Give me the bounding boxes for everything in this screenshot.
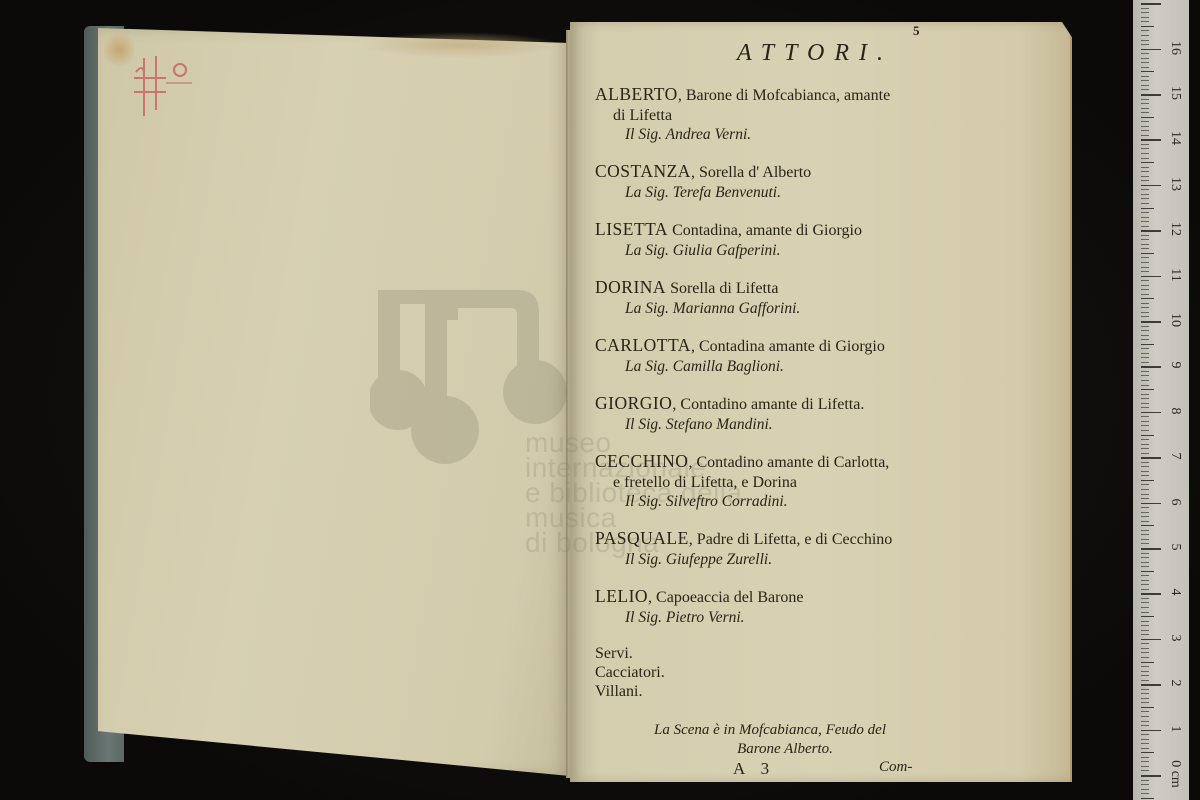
ruler-tick	[1141, 539, 1149, 540]
ruler-tick	[1141, 780, 1149, 781]
ruler-tick	[1141, 521, 1149, 522]
extra-item: Cacciatori.	[595, 663, 1035, 682]
ruler-tick	[1141, 117, 1154, 118]
catchword: Com-	[879, 759, 912, 776]
ruler-label: 16	[1167, 38, 1183, 58]
ruler-tick	[1141, 158, 1149, 159]
ruler-tick	[1141, 112, 1149, 113]
ruler-tick	[1141, 185, 1161, 187]
ruler-tick	[1141, 557, 1149, 558]
ruler-tick	[1141, 612, 1149, 613]
ruler-tick	[1141, 634, 1149, 635]
ruler-tick	[1141, 448, 1149, 449]
ruler-tick	[1141, 375, 1149, 376]
performer-name: Il Sig. Andrea Verni.	[595, 125, 1035, 144]
ruler-tick	[1141, 734, 1149, 735]
ruler-tick	[1141, 684, 1161, 686]
ruler-tick	[1141, 593, 1161, 595]
role-entry: COSTANZA, Sorella d' Alberto La Sig. Ter…	[595, 161, 1035, 202]
ruler-tick	[1141, 770, 1149, 771]
ruler-tick	[1141, 244, 1149, 245]
ruler-tick	[1141, 721, 1149, 722]
ruler-tick	[1141, 144, 1149, 145]
ruler-label: 11	[1167, 265, 1183, 285]
ruler-tick	[1141, 326, 1149, 327]
ruler-tick	[1141, 330, 1149, 331]
page-title: ATTORI.	[595, 40, 1035, 67]
ruler-tick	[1141, 793, 1149, 794]
ruler-tick	[1141, 385, 1149, 386]
ruler-label: 7	[1167, 446, 1183, 466]
ruler-tick	[1141, 230, 1161, 232]
ruler-tick	[1141, 752, 1154, 753]
performer-name: Il Sig. Stefano Mandini.	[595, 415, 1035, 434]
ruler-tick	[1141, 602, 1149, 603]
ruler-tick	[1141, 748, 1149, 749]
ruler-tick	[1141, 789, 1149, 790]
role-description: , Sorella d' Alberto	[691, 164, 811, 181]
role-description-cont: e fretello di Lifetta, e Dorina	[595, 473, 1035, 492]
ruler-tick	[1141, 262, 1149, 263]
ruler-tick	[1141, 49, 1161, 51]
ruler-tick	[1141, 239, 1149, 240]
role-description: , Contadino amante di Lifetta.	[672, 396, 864, 413]
ruler-tick	[1141, 248, 1149, 249]
ruler-tick	[1141, 739, 1149, 740]
ruler-label: 15	[1167, 83, 1183, 103]
signature-mark: A 3	[733, 759, 775, 779]
ruler-tick	[1141, 76, 1149, 77]
ruler-tick	[1141, 412, 1161, 414]
ruler-tick	[1141, 671, 1149, 672]
ruler-label: 6	[1167, 492, 1183, 512]
ruler-tick	[1141, 484, 1149, 485]
role-description: Sorella di Lifetta	[666, 280, 778, 297]
ruler-tick	[1141, 135, 1149, 136]
scene-setting: La Scena è in Mofcabianca, Feudo del Bar…	[595, 721, 1035, 759]
ruler-tick	[1141, 643, 1149, 644]
ruler-tick	[1141, 702, 1149, 703]
extra-item: Servi.	[595, 644, 1035, 663]
ruler-tick	[1141, 35, 1149, 36]
role-description: , Barone di Mofcabianca, amante	[678, 87, 890, 104]
ruler-tick	[1141, 312, 1149, 313]
ruler-tick	[1141, 421, 1149, 422]
ruler-tick	[1141, 589, 1149, 590]
role-description: , Contadino amante di Carlotta,	[688, 454, 889, 471]
ruler-tick	[1141, 162, 1154, 163]
role-name: DORINA	[595, 277, 666, 297]
ruler-tick	[1141, 639, 1161, 641]
performer-name: Il Sig. Pietro Verni.	[595, 608, 1035, 627]
ruler-tick	[1141, 775, 1161, 777]
ruler-tick	[1141, 398, 1149, 399]
ruler-tick	[1141, 766, 1149, 767]
ruler-tick	[1141, 103, 1149, 104]
ruler-tick	[1141, 394, 1149, 395]
ruler-tick	[1141, 67, 1149, 68]
ruler-tick	[1141, 40, 1149, 41]
ruler-tick	[1141, 217, 1149, 218]
ruler-tick	[1141, 562, 1149, 563]
ruler-tick	[1141, 44, 1149, 45]
ruler-label: 4	[1167, 582, 1183, 602]
ruler-label: 8	[1167, 401, 1183, 421]
performer-name: La Sig. Terefa Benvenuti.	[595, 183, 1035, 202]
ruler-tick	[1141, 276, 1161, 278]
ruler-tick	[1141, 784, 1149, 785]
ruler-label: 2	[1167, 673, 1183, 693]
role-entry: LISETTA Contadina, amante di Giorgio La …	[595, 219, 1035, 260]
folio-number: 5	[913, 23, 920, 39]
ruler-tick	[1141, 475, 1149, 476]
ruler-tick	[1141, 566, 1149, 567]
ruler-tick	[1141, 221, 1149, 222]
ruler-label: 0 cm	[1167, 754, 1183, 794]
role-description: Contadina, amante di Giorgio	[668, 222, 862, 239]
shelfmark-stamp	[130, 50, 200, 120]
ruler-tick	[1141, 680, 1149, 681]
ruler-tick	[1141, 798, 1154, 799]
ruler-tick	[1141, 480, 1154, 481]
ruler-tick	[1141, 648, 1149, 649]
performer-name: La Sig. Giulia Gafperini.	[595, 241, 1035, 260]
ruler-tick	[1141, 389, 1154, 390]
ruler-tick	[1141, 357, 1149, 358]
cast-list: ATTORI. ALBERTO, Barone di Mofcabianca, …	[595, 40, 1035, 781]
ruler-tick	[1141, 30, 1149, 31]
ruler-tick	[1141, 716, 1149, 717]
ruler-tick	[1141, 176, 1149, 177]
ruler-tick	[1141, 348, 1149, 349]
ruler-tick	[1141, 548, 1161, 550]
ruler-tick	[1141, 94, 1161, 96]
ruler-tick	[1141, 689, 1149, 690]
ruler-label: 12	[1167, 219, 1183, 239]
ruler-tick	[1141, 362, 1149, 363]
ruler-tick	[1141, 625, 1149, 626]
performer-name: Il Sig. Giufeppe Zurelli.	[595, 550, 1035, 569]
ruler-tick	[1141, 130, 1149, 131]
ruler-label: 1	[1167, 719, 1183, 739]
ruler-tick	[1141, 307, 1149, 308]
role-description: , Padre di Lifetta, e di Cecchino	[689, 531, 892, 548]
ruler-tick	[1141, 257, 1149, 258]
ruler-tick	[1141, 53, 1149, 54]
foxing-stain	[360, 32, 560, 58]
ruler-tick	[1141, 21, 1149, 22]
ruler-tick	[1141, 503, 1161, 505]
ruler-tick	[1141, 198, 1149, 199]
ruler-tick	[1141, 516, 1149, 517]
ruler-tick	[1141, 571, 1154, 572]
ruler-tick	[1141, 212, 1149, 213]
ruler-tick	[1141, 366, 1161, 368]
ruler-tick	[1141, 530, 1149, 531]
role-entry: PASQUALE, Padre di Lifetta, e di Cecchin…	[595, 528, 1035, 569]
ruler-tick	[1141, 425, 1149, 426]
ruler-tick	[1141, 575, 1149, 576]
ruler-tick	[1141, 12, 1149, 13]
ruler-tick	[1141, 17, 1149, 18]
ruler-tick	[1141, 289, 1149, 290]
role-entry: CECCHINO, Contadino amante di Carlotta, …	[595, 451, 1035, 511]
ruler-tick	[1141, 108, 1149, 109]
ruler-tick	[1141, 598, 1149, 599]
ruler-tick	[1141, 321, 1161, 323]
ruler-tick	[1141, 616, 1154, 617]
ruler-tick	[1141, 584, 1149, 585]
role-name: ALBERTO	[595, 84, 678, 104]
ruler-label: 13	[1167, 174, 1183, 194]
ruler-tick	[1141, 3, 1161, 5]
ruler-tick	[1141, 652, 1149, 653]
ruler-tick	[1141, 534, 1149, 535]
ruler-tick	[1141, 99, 1149, 100]
role-name: LISETTA	[595, 219, 668, 239]
ruler-tick	[1141, 403, 1149, 404]
ruler-tick	[1141, 253, 1154, 254]
ruler-label: 14	[1167, 128, 1183, 148]
ruler-tick	[1141, 444, 1149, 445]
ruler-tick	[1141, 512, 1149, 513]
ruler-tick	[1141, 489, 1149, 490]
ruler-tick	[1141, 271, 1149, 272]
ruler-tick	[1141, 89, 1149, 90]
ruler-tick	[1141, 730, 1161, 732]
ruler-tick	[1141, 757, 1149, 758]
ruler-tick	[1141, 8, 1149, 9]
scene-line: La Scena è in Mofcabianca, Feudo del	[595, 721, 945, 740]
ruler-tick	[1141, 553, 1149, 554]
ruler-tick	[1141, 285, 1149, 286]
ruler-tick	[1141, 743, 1149, 744]
ruler-tick	[1141, 675, 1149, 676]
ruler-tick	[1141, 167, 1149, 168]
role-name: GIORGIO	[595, 393, 672, 413]
ruler-tick	[1141, 630, 1149, 631]
ruler-tick	[1141, 607, 1149, 608]
ruler-tick	[1141, 344, 1154, 345]
supernumeraries-list: Servi. Cacciatori. Villani.	[595, 644, 1035, 701]
shelfmark-glyph-icon	[130, 50, 200, 120]
ruler-tick	[1141, 711, 1149, 712]
ruler-tick	[1141, 662, 1154, 663]
ruler-tick	[1141, 194, 1149, 195]
ruler-tick	[1141, 280, 1149, 281]
role-entry: GIORGIO, Contadino amante di Lifetta. Il…	[595, 393, 1035, 434]
ruler-tick	[1141, 80, 1149, 81]
ruler-tick	[1141, 126, 1149, 127]
ruler-label: 3	[1167, 628, 1183, 648]
ruler-tick	[1141, 761, 1149, 762]
ruler-label: 5	[1167, 537, 1183, 557]
ruler-tick	[1141, 698, 1149, 699]
ruler-tick	[1141, 462, 1149, 463]
ruler-tick	[1141, 621, 1149, 622]
ruler-tick	[1141, 121, 1149, 122]
ruler-tick	[1141, 725, 1149, 726]
performer-name: La Sig. Camilla Baglioni.	[595, 357, 1035, 376]
ruler-tick	[1141, 430, 1149, 431]
role-name: CECCHINO	[595, 451, 688, 471]
extra-item: Villani.	[595, 682, 1035, 701]
performer-name: Il Sig. Silveftro Corradini.	[595, 492, 1035, 511]
ruler-tick	[1141, 267, 1149, 268]
ruler-tick	[1141, 416, 1149, 417]
ruler-tick	[1141, 525, 1154, 526]
ruler-tick	[1141, 171, 1149, 172]
ruler-label: 10	[1167, 310, 1183, 330]
ruler-tick	[1141, 543, 1149, 544]
ruler-tick	[1141, 139, 1161, 141]
ruler-tick	[1141, 58, 1149, 59]
ruler-tick	[1141, 226, 1149, 227]
measurement-ruler: 0 cm12345678910111213141516	[1133, 0, 1189, 800]
ruler-tick	[1141, 298, 1154, 299]
ruler-tick	[1141, 580, 1149, 581]
performer-name: La Sig. Marianna Gafforini.	[595, 299, 1035, 318]
ruler-tick	[1141, 189, 1149, 190]
ruler-tick	[1141, 657, 1149, 658]
role-name: PASQUALE	[595, 528, 689, 548]
ruler-tick	[1141, 371, 1149, 372]
scene-line: Barone Alberto.	[595, 740, 945, 759]
ruler-tick	[1141, 666, 1149, 667]
page-footer: A 3 Com-	[595, 759, 1035, 781]
ruler-tick	[1141, 435, 1154, 436]
ruler-tick	[1141, 62, 1149, 63]
ruler-tick	[1141, 153, 1149, 154]
ruler-label: 9	[1167, 355, 1183, 375]
ruler-tick	[1141, 85, 1149, 86]
ruler-tick	[1141, 148, 1149, 149]
ruler-tick	[1141, 203, 1149, 204]
role-entry: CARLOTTA, Contadina amante di Giorgio La…	[595, 335, 1035, 376]
ruler-tick	[1141, 303, 1149, 304]
ruler-tick	[1141, 439, 1149, 440]
ruler-tick	[1141, 407, 1149, 408]
role-entry: DORINA Sorella di Lifetta La Sig. Marian…	[595, 277, 1035, 318]
role-name: LELIO	[595, 586, 648, 606]
role-name: COSTANZA	[595, 161, 691, 181]
ruler-tick	[1141, 457, 1161, 459]
role-name: CARLOTTA	[595, 335, 691, 355]
ruler-tick	[1141, 494, 1149, 495]
ruler-tick	[1141, 208, 1154, 209]
ruler-tick	[1141, 466, 1149, 467]
role-description-cont: di Lifetta	[595, 106, 1035, 125]
ruler-tick	[1141, 471, 1149, 472]
ruler-tick	[1141, 335, 1149, 336]
ruler-tick	[1141, 507, 1149, 508]
role-entry: ALBERTO, Barone di Mofcabianca, amante d…	[595, 84, 1035, 144]
ruler-tick	[1141, 353, 1149, 354]
ruler-tick	[1141, 453, 1149, 454]
ruler-tick	[1141, 294, 1149, 295]
ruler-tick	[1141, 693, 1149, 694]
ruler-tick	[1141, 339, 1149, 340]
ruler-tick	[1141, 26, 1154, 27]
ruler-tick	[1141, 316, 1149, 317]
ruler-tick	[1141, 235, 1149, 236]
role-entry: LELIO, Capoeaccia del Barone Il Sig. Pie…	[595, 586, 1035, 627]
ruler-tick	[1141, 498, 1149, 499]
ruler-tick	[1141, 707, 1154, 708]
role-description: , Contadina amante di Giorgio	[691, 338, 885, 355]
ruler-tick	[1141, 71, 1154, 72]
ruler-tick	[1141, 180, 1149, 181]
ruler-tick	[1141, 380, 1149, 381]
role-description: , Capoeaccia del Barone	[648, 589, 803, 606]
